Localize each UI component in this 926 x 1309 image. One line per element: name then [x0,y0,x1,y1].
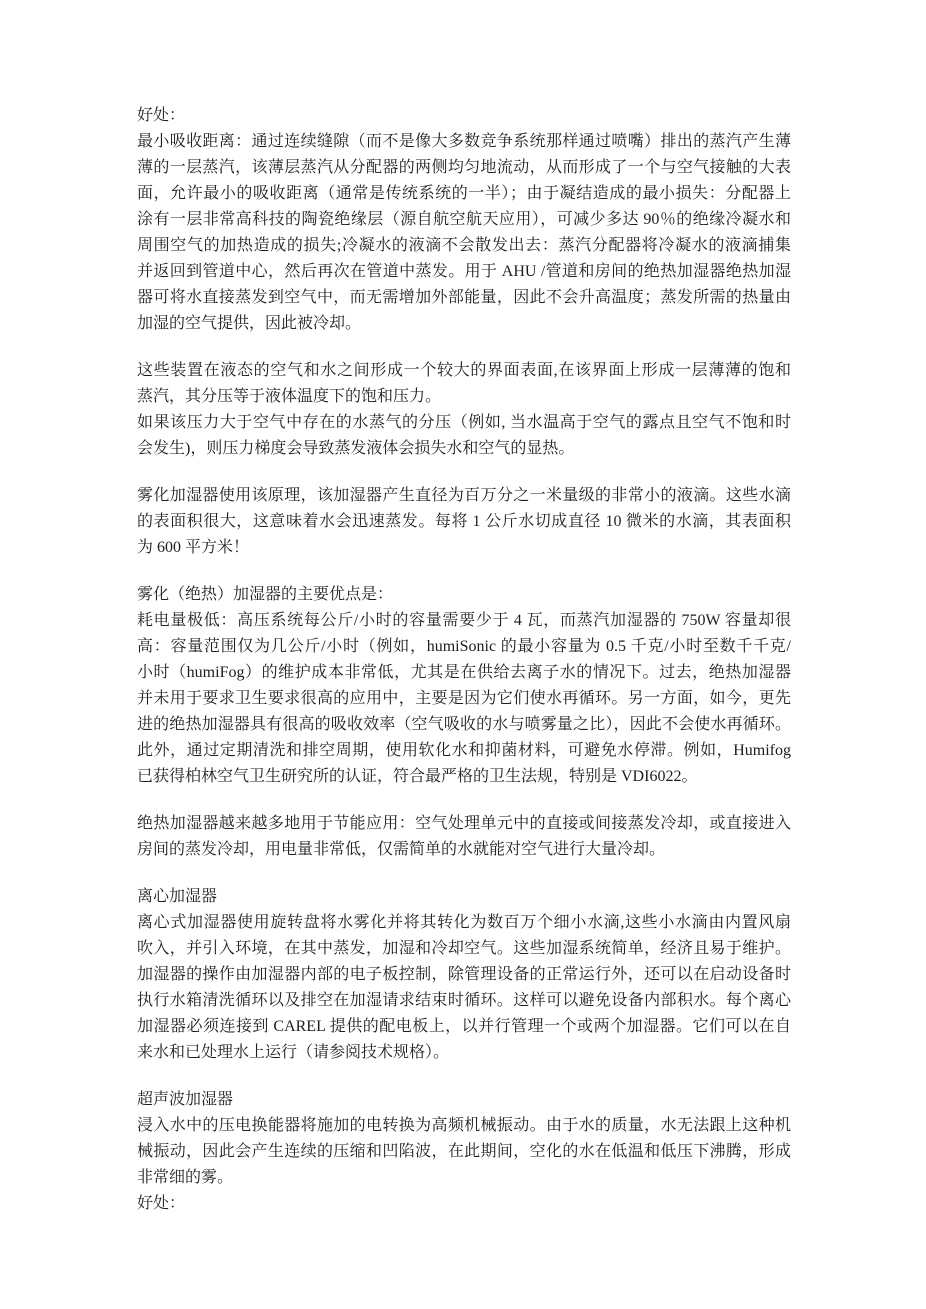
text-line: 绝热加湿器越来越多地用于节能应用：空气处理单元中的直接或间接蒸发冷却，或直接进入 [137,811,791,837]
text-line: 执行水箱清洗循环以及排空在加湿请求结束时循环。这样可以避免设备内部积水。每个离心 [137,988,791,1014]
text-line: 超声波加湿器 [137,1087,791,1113]
text-line: 械振动，因此会产生连续的压缩和凹陷波，在此期间，空化的水在低温和低压下沸腾，形成 [137,1139,791,1165]
text-line: 好处： [137,1191,791,1217]
text-line: 加湿器的操作由加湿器内部的电子板控制，除管理设备的正常运行外，还可以在启动设备时 [137,962,791,988]
text-line: 并返回到管道中心，然后再次在管道中蒸发。用于 AHU /管道和房间的绝热加湿器绝… [137,259,791,285]
text-line: 此外，通过定期清洗和排空周期，使用软化水和抑菌材料，可避免水停滞。例如，Humi… [137,738,791,764]
text-line: 已获得柏林空气卫生研究所的认证，符合最严格的卫生法规，特别是 VDI6022。 [137,764,791,790]
text-line: 加湿的空气提供，因此被冷却。 [137,311,791,337]
text-line: 浸入水中的压电换能器将施加的电转换为高频机械振动。由于水的质量，水无法跟上这种机 [137,1113,791,1139]
atomizing-advantages: 雾化（绝热）加湿器的主要优点是：耗电量极低：高压系统每公斤/小时的容量需要少于 … [137,582,791,790]
document-body: 好处：最小吸收距离：通过连续缝隙（而不是像大多数竞争系统那样通过喷嘴）排出的蒸汽… [137,103,791,1217]
text-line: 小时（humiFog）的维护成本非常低，尤其是在供给去离子水的情况下。过去，绝热… [137,660,791,686]
text-line: 加湿器必须连接到 CAREL 提供的配电板上，以并行管理一个或两个加湿器。它们可… [137,1014,791,1040]
text-line: 的表面积很大，这意味着水会迅速蒸发。每将 1 公斤水切成直径 10 微米的水滴，… [137,509,791,535]
text-line: 离心式加湿器使用旋转盘将水雾化并将其转化为数百万个细小水滴,这些小水滴由内置风扇 [137,910,791,936]
text-line: 并未用于要求卫生要求很高的应用中，主要是因为它们使水再循环。另一方面，如今，更先 [137,686,791,712]
text-line: 蒸汽，其分压等于液体温度下的饱和压力。 [137,384,791,410]
text-line: 非常细的雾。 [137,1165,791,1191]
text-line: 面，允许最小的吸收距离（通常是传统系统的一半）；由于凝结造成的最小损失：分配器上 [137,181,791,207]
text-line: 如果该压力大于空气中存在的水蒸气的分压（例如, 当水温高于空气的露点且空气不饱和… [137,410,791,436]
text-line: 器可将水直接蒸发到空气中，而无需增加外部能量，因此不会升高温度；蒸发所需的热量由 [137,285,791,311]
text-line: 房间的蒸发冷却，用电量非常低，仅需简单的水就能对空气进行大量冷却。 [137,837,791,863]
text-line: 吹入，并引入环境，在其中蒸发，加湿和冷却空气。这些加湿系统简单，经济且易于维护。 [137,936,791,962]
atomizing-principle: 雾化加湿器使用该原理，该加湿器产生直径为百万分之一米量级的非常小的液滴。这些水滴… [137,483,791,561]
evaporation-principle: 这些装置在液态的空气和水之间形成一个较大的界面表面,在该界面上形成一层薄薄的饱和… [137,358,791,462]
text-line: 会发生)，则压力梯度会导致蒸发液体会损失水和空气的显热。 [137,436,791,462]
centrifugal-humidifier: 离心加湿器离心式加湿器使用旋转盘将水雾化并将其转化为数百万个细小水滴,这些小水滴… [137,884,791,1066]
text-line: 薄的一层蒸汽，该薄层蒸汽从分配器的两侧均匀地流动，从而形成了一个与空气接触的大表 [137,155,791,181]
steam-distributor-benefits: 好处：最小吸收距离：通过连续缝隙（而不是像大多数竞争系统那样通过喷嘴）排出的蒸汽… [137,103,791,337]
text-line: 最小吸收距离：通过连续缝隙（而不是像大多数竞争系统那样通过喷嘴）排出的蒸汽产生薄 [137,129,791,155]
text-line: 周围空气的加热造成的损失;冷凝水的液滴不会散发出去：蒸汽分配器将冷凝水的液滴捕集 [137,233,791,259]
text-line: 进的绝热加湿器具有很高的吸收效率（空气吸收的水与喷雾量之比），因此不会使水再循环… [137,712,791,738]
ultrasonic-humidifier: 超声波加湿器浸入水中的压电换能器将施加的电转换为高频机械振动。由于水的质量，水无… [137,1087,791,1217]
energy-saving-applications: 绝热加湿器越来越多地用于节能应用：空气处理单元中的直接或间接蒸发冷却，或直接进入… [137,811,791,863]
text-line: 雾化（绝热）加湿器的主要优点是： [137,582,791,608]
text-line: 来水和已处理水上运行（请参阅技术规格）。 [137,1040,791,1066]
text-line: 耗电量极低：高压系统每公斤/小时的容量需要少于 4 瓦，而蒸汽加湿器的 750W… [137,608,791,634]
text-line: 离心加湿器 [137,884,791,910]
text-line: 涂有一层非常高科技的陶瓷绝缘层（源自航空航天应用），可减少多达 90％的绝缘冷凝… [137,207,791,233]
text-line: 好处： [137,103,791,129]
text-line: 为 600 平方米！ [137,535,791,561]
text-line: 这些装置在液态的空气和水之间形成一个较大的界面表面,在该界面上形成一层薄薄的饱和 [137,358,791,384]
document-page: 好处：最小吸收距离：通过连续缝隙（而不是像大多数竞争系统那样通过喷嘴）排出的蒸汽… [0,0,926,1309]
text-line: 雾化加湿器使用该原理，该加湿器产生直径为百万分之一米量级的非常小的液滴。这些水滴 [137,483,791,509]
text-line: 高：容量范围仅为几公斤/小时（例如，humiSonic 的最小容量为 0.5 千… [137,634,791,660]
